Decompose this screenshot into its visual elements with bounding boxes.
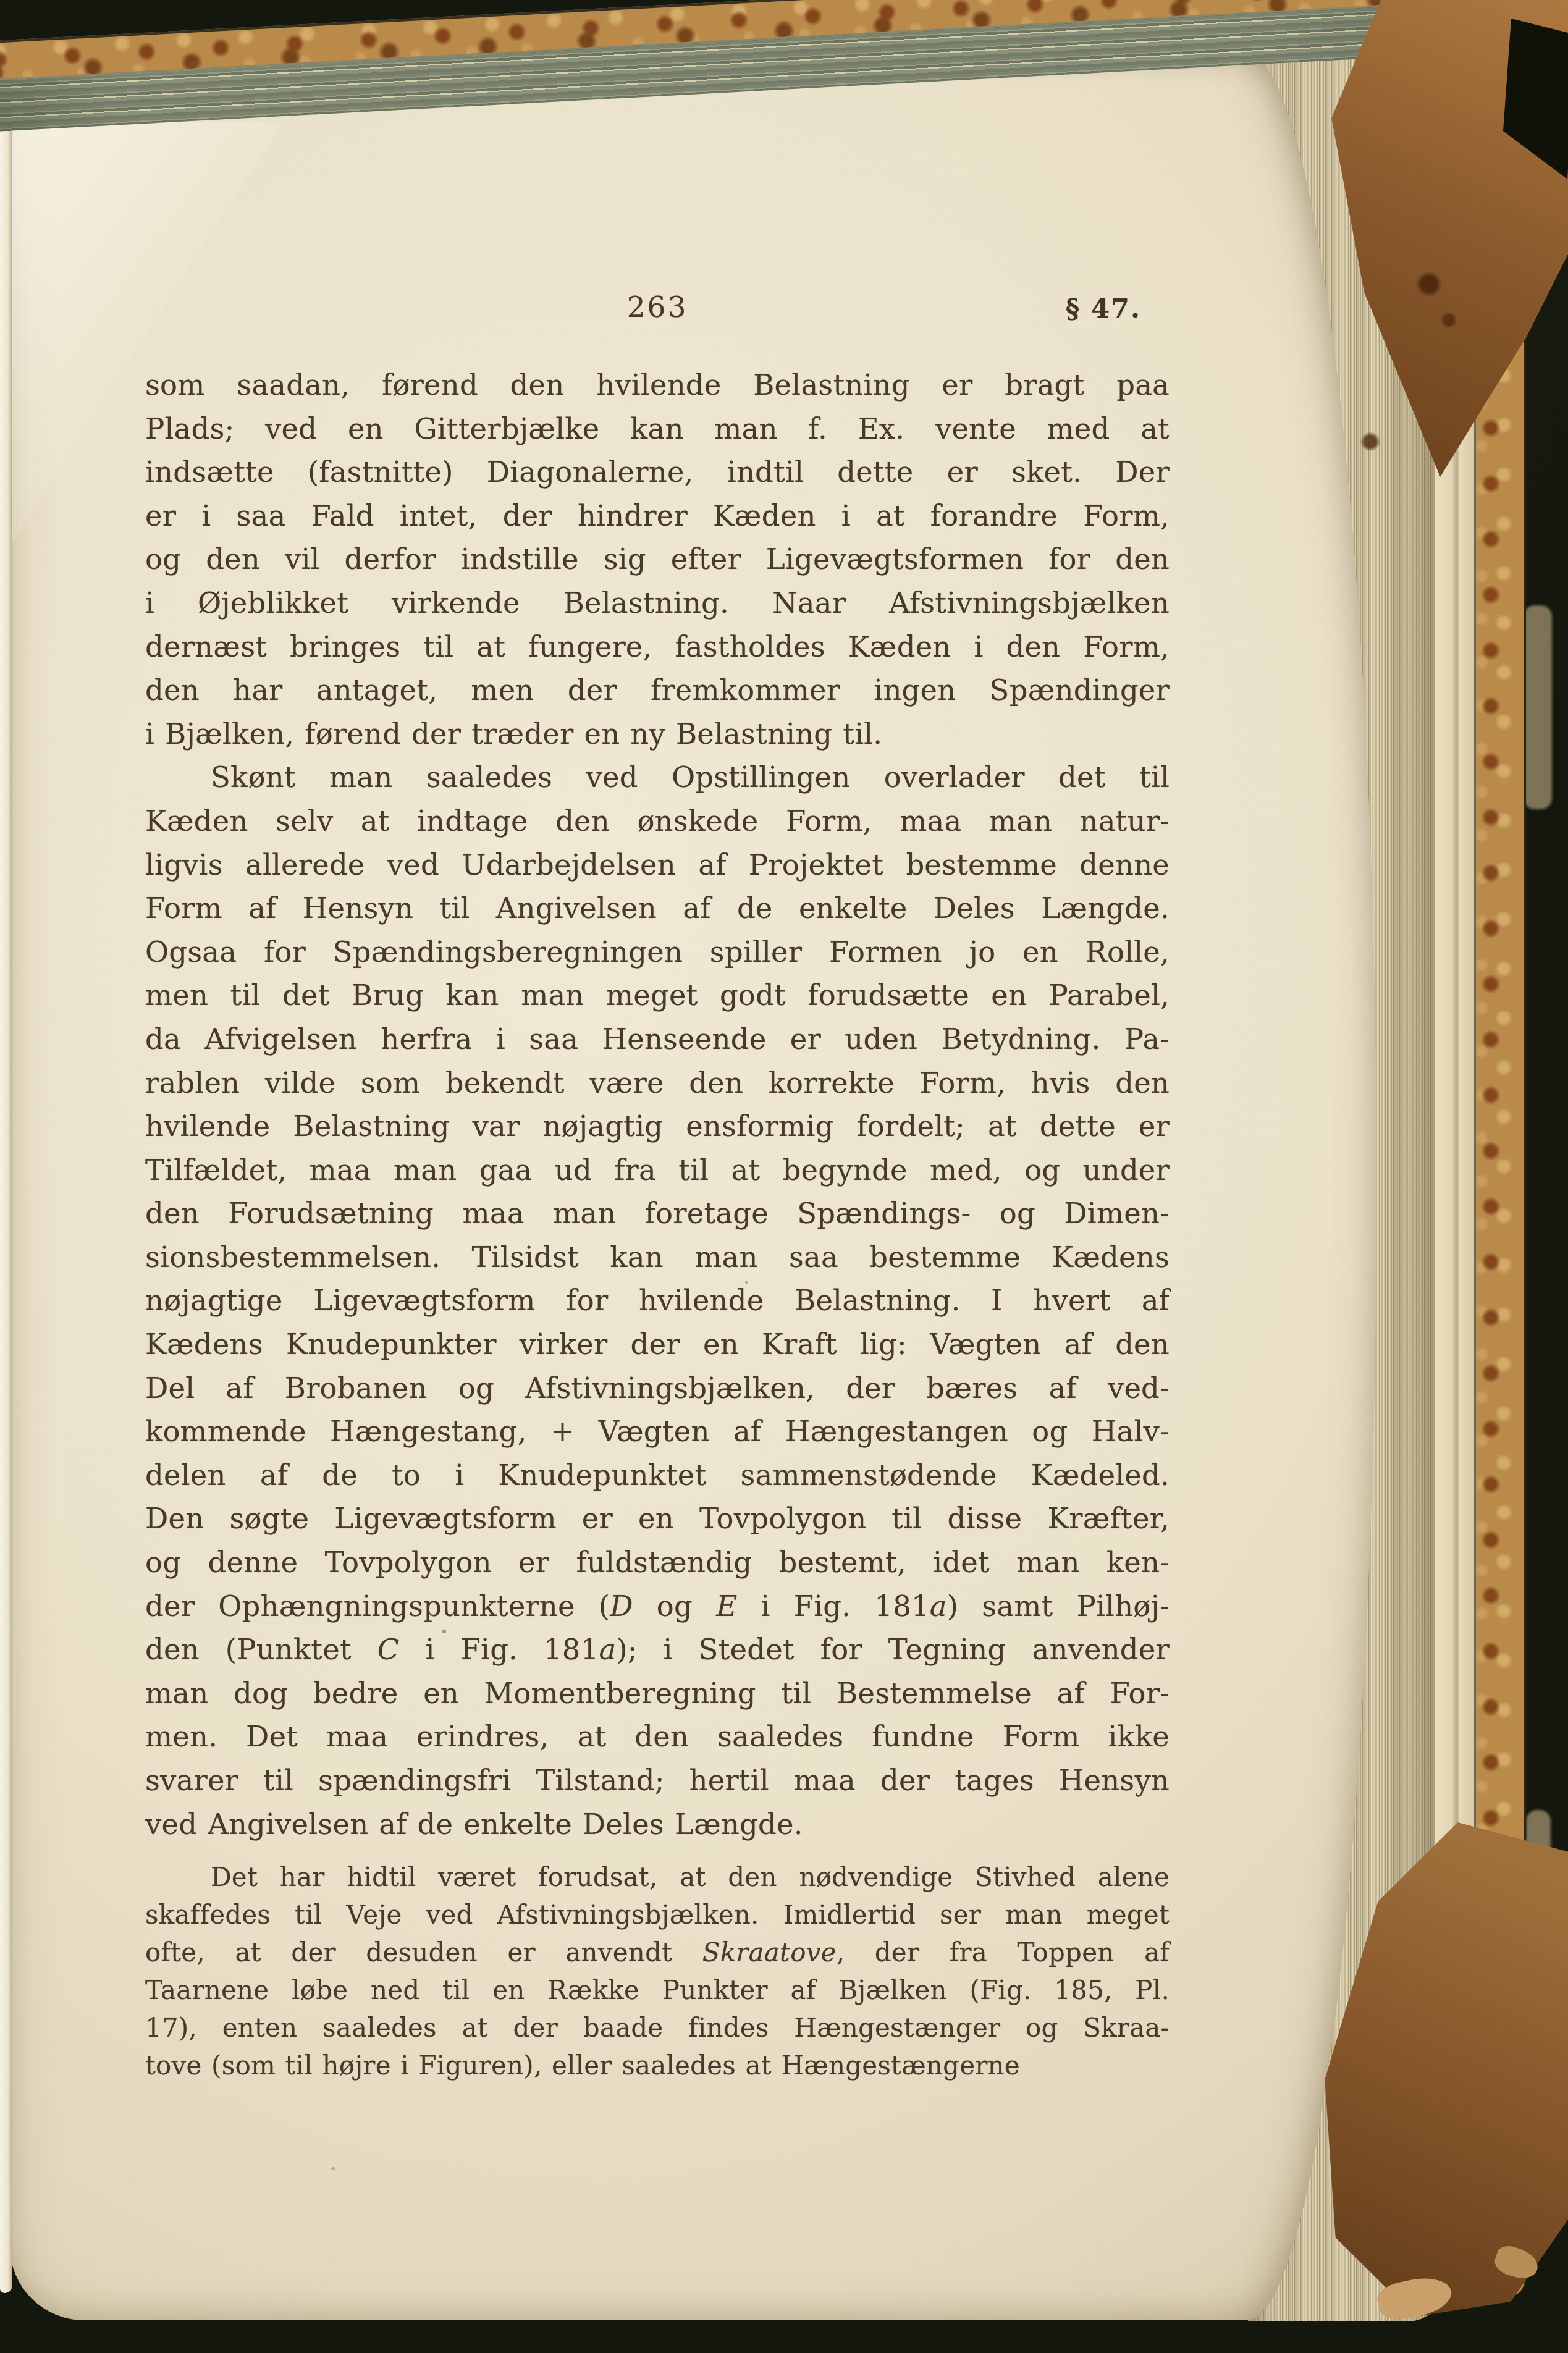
text-line: den har antaget, men der fremkommer inge… (145, 668, 1170, 712)
paragraph: som saadan, førend den hvilende Belastni… (145, 363, 1170, 756)
adjacent-page-edge (0, 131, 12, 2293)
text-line: rablen vilde som bekendt være den korrek… (145, 1061, 1170, 1105)
paragraph: Skønt man saaledes ved Opstillingen over… (145, 756, 1170, 1846)
text-line: er i saa Fald intet, der hindrer Kæden i… (145, 494, 1170, 538)
text-line: men. Det maa erindres, at den saaledes f… (145, 1715, 1170, 1759)
text-line: Form af Hensyn til Angivelsen af de enke… (145, 886, 1170, 930)
text-line: nøjagtige Ligevægtsform for hvilende Bel… (145, 1279, 1170, 1323)
text-line: hvilende Belastning var nøjagtig ensform… (145, 1105, 1170, 1148)
text-line: ofte, at der desuden er anvendt Skraatov… (145, 1934, 1170, 1971)
text-line: skaffedes til Veje ved Afstivningsbjælke… (145, 1896, 1170, 1934)
section-mark: § 47. (1066, 292, 1141, 326)
text-line: som saadan, førend den hvilende Belastni… (145, 363, 1170, 407)
text-line: Den søgte Ligevægtsform er en Tovpolygon… (145, 1497, 1170, 1541)
text-line: dernæst bringes til at fungere, fasthold… (145, 625, 1170, 669)
cover-wear-patch (1524, 605, 1552, 809)
book-scan: 263 § 47. som saadan, førend den hvilend… (0, 0, 1568, 2353)
text-line: Taarnene løbe ned til en Række Punkter a… (145, 1971, 1170, 2009)
paper-speck (331, 2167, 335, 2170)
text-line: Skønt man saaledes ved Opstillingen over… (145, 756, 1170, 799)
leather-stain (1359, 432, 1381, 451)
book-page: 263 § 47. som saadan, førend den hvilend… (10, 54, 1376, 2320)
text-line: kommende Hængestang, + Vægten af Hængest… (145, 1410, 1170, 1454)
paper-speck (442, 1630, 446, 1633)
paragraph: Det har hidtil været forudsat, at den nø… (145, 1858, 1170, 2084)
leather-stain (1415, 272, 1443, 297)
text-line: 17), enten saaledes at der baade findes … (145, 2009, 1170, 2047)
leather-stain (1439, 312, 1458, 328)
text-line: tove (som til højre i Figuren), eller sa… (145, 2047, 1170, 2084)
page-header: 263 § 47. (145, 290, 1170, 325)
text-line: ved Angivelsen af de enkelte Deles Længd… (145, 1803, 1170, 1846)
text-line: indsætte (fastnitte) Diagonalerne, indti… (145, 450, 1170, 494)
text-line: Kæden selv at indtage den ønskede Form, … (145, 799, 1170, 843)
text-line: sionsbestemmelsen. Tilsidst kan man saa … (145, 1235, 1170, 1279)
text-line: og den vil derfor indstille sig efter Li… (145, 537, 1170, 581)
text-line: i Øjeblikket virkende Belastning. Naar A… (145, 581, 1170, 625)
page-number: 263 (627, 290, 688, 324)
text-line: Det har hidtil været forudsat, at den nø… (145, 1858, 1170, 1896)
text-line: Plads; ved en Gitterbjælke kan man f. Ex… (145, 407, 1170, 451)
text-line: delen af de to i Knudepunktet sammenstød… (145, 1454, 1170, 1497)
text-block: som saadan, førend den hvilende Belastni… (145, 363, 1170, 2084)
text-line: svarer til spændingsfri Tilstand; hertil… (145, 1759, 1170, 1803)
text-line: man dog bedre en Momentberegning til Bes… (145, 1672, 1170, 1715)
text-line: Del af Brobanen og Afstivningsbjælken, d… (145, 1366, 1170, 1410)
text-line: den (Punktet C i Fig. 181a); i Stedet fo… (145, 1628, 1170, 1672)
text-line: da Afvigelsen herfra i saa Henseende er … (145, 1017, 1170, 1061)
paper-speck (745, 1281, 748, 1284)
text-line: der Ophængningspunkterne (D og E i Fig. … (145, 1585, 1170, 1628)
text-line: men til det Brug kan man meget godt foru… (145, 974, 1170, 1017)
text-line: og denne Tovpolygon er fuldstændig beste… (145, 1541, 1170, 1585)
text-line: den Forudsætning maa man foretage Spændi… (145, 1192, 1170, 1235)
text-line: ligvis allerede ved Udarbejdelsen af Pro… (145, 843, 1170, 887)
text-line: Kædens Knudepunkter virker der en Kraft … (145, 1323, 1170, 1366)
text-line: Tilfældet, maa man gaa ud fra til at beg… (145, 1148, 1170, 1192)
text-line: Ogsaa for Spændingsberegningen spiller F… (145, 930, 1170, 974)
text-line: i Bjælken, førend der træder en ny Belas… (145, 712, 1170, 756)
